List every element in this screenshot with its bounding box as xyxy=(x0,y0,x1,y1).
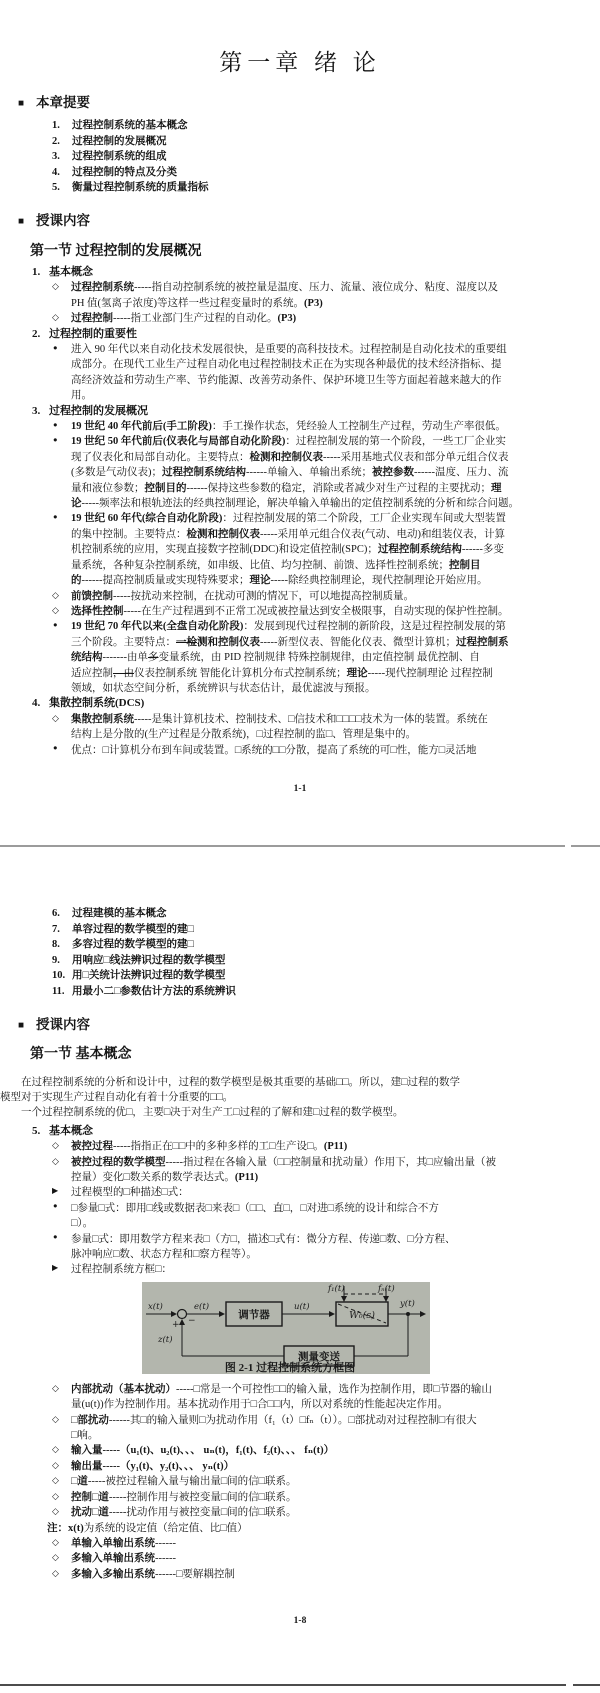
numbered-item: 8.多容过程的数学模型的建□ xyxy=(52,937,600,953)
diamond-bullet-icon: ◇ xyxy=(52,590,59,601)
bullet-item: ◇选择性控制-----在生产过程遇到不正常工况或被控量达到安全极限事，自动实现的… xyxy=(52,604,600,619)
text-line: 过程模型的□种描述□式： xyxy=(71,1185,600,1200)
text-run: ：手工操作状态，凭经验人工控制生产过程，劳动生产率很低。 xyxy=(212,421,506,432)
minus-sign: − xyxy=(188,1316,196,1326)
text-line: 量系统，各种复杂控制系统，如串级、比值、均匀控制、前馈、选择性控制系统；控制目 xyxy=(71,558,600,573)
page-1: 第一章 绪 论■本章提要1.过程控制系统的基本概念2.过程控制的发展概况3.过程… xyxy=(0,0,600,794)
numbered-item: 4.集散控制系统(DCS) xyxy=(32,696,600,711)
bullet-item: ●19 世纪 60 年代(综合自动化阶段)：过程控制发展的第二个阶段，工厂企业实… xyxy=(52,511,600,588)
square-bullet-icon: ■ xyxy=(18,216,24,227)
output-label: y(t) xyxy=(399,1298,415,1309)
text-run: ------多变 xyxy=(462,544,504,555)
text-run: □响。 xyxy=(71,1430,98,1441)
subsection-heading: 第一节 基本概念 xyxy=(30,1045,600,1065)
text-run: 过程控制系 xyxy=(456,637,509,648)
diamond-bullet-icon: ◇ xyxy=(52,1506,59,1517)
disturbance2-label: fₙ(t) xyxy=(377,1283,395,1294)
item-number: 11. xyxy=(52,984,72,1000)
text-line: PH 值(氢离子浓度)等这样一些过程变量时的系统。(P3) xyxy=(71,296,600,311)
item-number: 9. xyxy=(52,953,72,969)
text-run: -----指工业部门生产过程的自动化。 xyxy=(113,313,277,324)
item-number: 6. xyxy=(52,906,72,922)
numbered-item: 11.用最小二□参数估计方法的系统辨识 xyxy=(52,984,600,1000)
text-run: -----是集计算机技术、控制技术、□信技术和□□□□技术为一体的装置。系统在 xyxy=(134,714,488,725)
item-number: 2. xyxy=(52,134,72,150)
item-text: 多容过程的数学模型的建□ xyxy=(72,939,194,950)
text-run: -----按扰动来控制，在扰动可测的情况下，可以地提高控制质量。 xyxy=(113,591,414,602)
text-run: 过程控制系统结构 xyxy=(378,544,462,555)
text-run: 测和控制仪表 xyxy=(197,637,260,648)
error-label: e(t) xyxy=(194,1301,209,1312)
plus-sign: + xyxy=(172,1320,180,1330)
text-run: -----采用基地式仪表和部分单元组合仪表 xyxy=(323,452,508,463)
text-run: 领域，如状态空间分析，系统辨识与状态估计，最优滤波与预报。 xyxy=(71,683,376,694)
text-run: 变量系统，由 PID 控制规律 特殊控制规律，由定值控制 最优控制、自 xyxy=(158,652,479,663)
bullet-item: ◇前馈控制-----按扰动来控制，在扰动可测的情况下，可以地提高控制质量。 xyxy=(52,589,600,604)
setpoint-label: x(t) xyxy=(148,1301,163,1312)
item-text: 用□关统计法辨识过程的数学模型 xyxy=(72,970,225,981)
text-line: 量和液位参数；控制目的------保持这些参数的稳定，消除或者减少对生产过程的主… xyxy=(71,481,600,496)
item-text: 衡量过程控制系统的质量指标 xyxy=(72,182,209,193)
text-run: 量(u(t))作为控制作用。基本扰动作用于□合□□内，所以对系统的性能起决定作用… xyxy=(71,1399,448,1410)
text-run: 被控过程 xyxy=(71,1141,113,1152)
text-run: 仪表控制系统 智能化计算机分布式控制系统； xyxy=(134,668,347,679)
text-run: 论 xyxy=(71,498,82,509)
item-text: 过程控制系统的基本概念 xyxy=(72,120,188,131)
bullet-item: ●19 世纪 70 年代以来(全盘自动化阶段)：发展到现代过程控制的新阶段，这是… xyxy=(52,619,600,696)
bullet-item: ▶过程控制系统方框□： xyxy=(52,1262,600,1277)
text-line: 论-----频率法和根轨迹法的经典控制理论，解决单输入单输出的定值控制系统的分析… xyxy=(71,496,600,511)
text-run: 理论 xyxy=(249,575,270,586)
bullet-item: ●□参量□式：即用□线或数据表□来表□（□□、直□，□对进□系统的设计和综合不方… xyxy=(52,1201,600,1232)
text-run: 理 xyxy=(491,483,502,494)
text-line: 机控制系统的应用，实现直接数字控制(DDC)和设定值控制(SPC)；过程控制系统… xyxy=(71,542,600,557)
text-run: ------提高控制质量或实现特殊要求； xyxy=(82,575,250,586)
text-run: 控制目 xyxy=(449,560,481,571)
control-signal-label: u(t) xyxy=(294,1301,310,1312)
disturbance1-label: f₁(t) xyxy=(327,1283,345,1294)
text-line: 多输入多输出系统------□要解耦控制 xyxy=(71,1567,600,1582)
page-number: 1-1 xyxy=(0,784,600,794)
text-line: 适应控制，由仪表控制系统 智能化计算机分布式控制系统；理论-----现代控制理论… xyxy=(71,666,600,681)
text-run: 优点：□计算机分布到车间或装置。□系统的□□分散，提高了系统的可□性，能方□灵活… xyxy=(71,745,477,756)
text-run: 的 xyxy=(71,575,82,586)
item-text: 用响应□线法辨识过程的数学模型 xyxy=(72,955,225,966)
diamond-bullet-icon: ◇ xyxy=(52,1568,59,1579)
text-run: 过程控制系统方框□： xyxy=(71,1264,172,1275)
diamond-bullet-icon: ◇ xyxy=(52,1140,59,1151)
circle-bullet-icon: ● xyxy=(53,512,58,521)
paragraph: 一个过程控制系统的优□，主要□决于对生产工□过程的了解和建□过程的数学模型。 xyxy=(0,1105,600,1120)
text-run: 过程控制 xyxy=(71,313,113,324)
section-header: ■授课内容 xyxy=(18,211,600,231)
text-run: ------温度、压力、流 xyxy=(414,467,508,478)
bullet-item: ◇集散控制系统-----是集计算机技术、控制技术、□信技术和□□□□技术为一体的… xyxy=(52,712,600,743)
item-number: 5. xyxy=(32,1124,49,1139)
text-line: 前馈控制-----按扰动来控制，在扰动可测的情况下，可以地提高控制质量。 xyxy=(71,589,600,604)
text-run: 检测和控制仪表 xyxy=(250,452,324,463)
text-line: 19 世纪 60 年代(综合自动化阶段)：过程控制发展的第二个阶段，工厂企业实现… xyxy=(71,511,600,526)
text-run: -----指自动控制系统的被控量是温度、压力、流量、液位成分、粘度、湿度以及 xyxy=(134,282,498,293)
numbered-item: 2.过程控制的发展概况 xyxy=(52,134,600,150)
text-run: -----□常是一个可控性□□的输入量，选作为控制作用，即□节器的输山 xyxy=(176,1384,492,1395)
text-line: 模型对于实现生产过程自动化有着十分重要的□□。 xyxy=(0,1090,537,1105)
text-run: -----现代控制理论 过程控制 xyxy=(368,668,493,679)
text-run: -----控制作用与被控变量□间的信□联系。 xyxy=(109,1492,297,1503)
square-bullet-icon: ■ xyxy=(18,1020,24,1031)
text-run: -----指过程在各输入量（□□控制量和扰动量）作用下，其□应输出量（被 xyxy=(166,1157,497,1168)
text-run: 用。 xyxy=(71,390,92,401)
text-line: 扰动□道-----扰动作用与被控变量□间的信□联系。 xyxy=(71,1505,600,1520)
bullet-item: ◇多输入多输出系统------□要解耦控制 xyxy=(52,1567,600,1582)
item-text: 过程控制的发展概况 xyxy=(72,136,167,147)
text-line: □参量□式：即用□线或数据表□来表□（□□、直□，□对进□系统的设计和综合不方 xyxy=(71,1201,600,1216)
text-line: 进入 90 年代以来自动化技术发展很快，是重要的高科技技术。过程控制是自动化技术… xyxy=(71,342,600,357)
text-line: 领域，如状态空间分析，系统辨识与状态估计，最优滤波与预报。 xyxy=(71,681,600,696)
document: 第一章 绪 论■本章提要1.过程控制系统的基本概念2.过程控制的发展概况3.过程… xyxy=(0,0,600,1693)
text-line: 控量）变化□数关系的数学表达式。(P11) xyxy=(71,1170,600,1185)
text-line: 19 世纪 40 年代前后(手工阶段)：手工操作状态，凭经验人工控制生产过程，劳… xyxy=(71,419,600,434)
item-number: 10. xyxy=(52,968,72,984)
text-run: 单输入单输出系统 xyxy=(71,1538,155,1549)
text-run: 19 世纪 50 年代前后(仪表化与局部自动化阶段) xyxy=(71,436,285,447)
item-text: 过程建模的基本概念 xyxy=(72,908,167,919)
text-run: 机控制系统的应用，实现直接数字控制(DDC)和设定值控制(SPC)； xyxy=(71,544,378,555)
text-run: (P11) xyxy=(324,1141,347,1152)
text-run: 三个阶段。主要特点： xyxy=(71,637,176,648)
text-run: □部扰动 xyxy=(71,1415,109,1426)
text-run: 成部分。在现代工业生产过程自动化电过程控制技术正在为实现各种最优的技术经济指标、… xyxy=(71,359,502,370)
text-run: 多输入多输出系统 xyxy=(71,1569,155,1580)
section-header-label: 授课内容 xyxy=(36,1017,90,1032)
bullet-item: ◇输入量-----（u₁(t)、u₂(t)、、、 uₙ(t)，f₁(t)、f₂(… xyxy=(52,1443,600,1458)
bullet-item: ◇□部扰动------其□的输入量则□为扰动作用（f₁（t）□fₙ（t））。□部… xyxy=(52,1413,600,1444)
circle-bullet-icon: ● xyxy=(53,420,58,429)
item-number: 8. xyxy=(52,937,72,953)
circle-bullet-icon: ● xyxy=(53,620,58,629)
diamond-bullet-icon: ◇ xyxy=(52,1460,59,1471)
item-number: 3. xyxy=(52,149,72,165)
item-number: 2. xyxy=(32,327,49,342)
text-run: 控制□道 xyxy=(71,1492,109,1503)
item-number: 4. xyxy=(52,165,72,181)
item-text: 基本概念 xyxy=(49,1125,93,1137)
text-run: 19 世纪 40 年代前后(手工阶段) xyxy=(71,421,212,432)
text-run: ：过程控制发展的第一个阶段，一些工厂企业实 xyxy=(285,436,506,447)
item-number: 3. xyxy=(32,404,49,419)
numbered-item: 2.过程控制的重要性 xyxy=(32,327,600,342)
text-line: 选择性控制-----在生产过程遇到不正常工况或被控量达到安全极限事，自动实现的保… xyxy=(71,604,600,619)
numbered-item: 5.基本概念 xyxy=(32,1124,600,1139)
figure-block-diagram: x(t)e(t)调节器u(t)W₀(s)f₁(t)fₙ(t)y(t)z(t)测量… xyxy=(142,1282,430,1374)
page-separator-bottom-left xyxy=(0,1684,566,1686)
item-number: 5. xyxy=(52,180,72,196)
text-run: 过程控制系统 xyxy=(71,282,134,293)
text-run: 输出量 xyxy=(71,1461,103,1472)
text-run: 注：x(t) xyxy=(47,1523,84,1534)
text-line: □响。 xyxy=(71,1428,600,1443)
text-run: -----频率法和根轨迹法的经典控制理论，解决单输入单输出的定值控制系统的分析和… xyxy=(82,498,519,509)
text-line: 在过程控制系统的分析和设计中，过程的数学模型是极其重要的基础□□。所以，建□过程… xyxy=(0,1075,537,1090)
text-line: 输出量-----（y₁(t)、y₂(t)、、、 yₙ(t)） xyxy=(71,1459,600,1474)
text-line: □道-----被控过程输入量与输出量□间的信□联系。 xyxy=(71,1474,600,1489)
circle-bullet-icon: ● xyxy=(53,435,58,444)
text-line: 的集中控制。主要特点：检测和控制仪表-----采用单元组合仪表(气动、电动)和组… xyxy=(71,527,600,542)
page-number: 1-8 xyxy=(0,1616,600,1626)
text-line: 脉冲响应□数、状态方程和□察方程等）。 xyxy=(71,1247,600,1262)
bullet-item: ◇内部扰动（基本扰动）-----□常是一个可控性□□的输入量，选作为控制作用，即… xyxy=(52,1382,600,1413)
text-line: 结构上是分散的(生产过程是分散系统)，□过程控制的监□、管理是集中的。 xyxy=(71,727,600,742)
text-run: □）。 xyxy=(71,1218,93,1229)
text-run: (P3) xyxy=(277,313,296,324)
bullet-item: ●19 世纪 40 年代前后(手工阶段)：手工操作状态，凭经验人工控制生产过程，… xyxy=(52,419,600,434)
text-run: 过程模型的□种描述□式： xyxy=(71,1187,189,1198)
paragraph: 在过程控制系统的分析和设计中，过程的数学模型是极其重要的基础□□。所以，建□过程… xyxy=(0,1075,600,1106)
circle-bullet-icon: ● xyxy=(53,1201,58,1210)
text-run: 被控参数 xyxy=(372,467,414,478)
item-text: 集散控制系统(DCS) xyxy=(49,697,144,709)
item-text: 基本概念 xyxy=(49,266,93,278)
diamond-bullet-icon: ◇ xyxy=(52,1552,59,1563)
text-run: -----（u₁(t)、u₂(t)、、、 uₙ(t)，f₁(t)、f₂(t)、、… xyxy=(103,1445,335,1456)
text-line: 参量□式：即用数学方程来表□（方□，描述□式有：微分方程、传递□数、□分方程、 xyxy=(71,1232,600,1247)
text-line: 注：x(t)为系统的设定值（给定值、比□值） xyxy=(47,1521,600,1536)
text-run: 19 世纪 60 年代(综合自动化阶段) xyxy=(71,513,222,524)
text-run: 脉冲响应□数、状态方程和□察方程等）。 xyxy=(71,1249,257,1260)
bullet-item: ◇过程控制-----指工业部门生产过程的自动化。(P3) xyxy=(52,311,600,326)
numbered-item: 7.单容过程的数学模型的建□ xyxy=(52,922,600,938)
text-line: 被控过程的数学模型-----指过程在各输入量（□□控制量和扰动量）作用下，其□应… xyxy=(71,1155,600,1170)
text-run: 为系统的设定值（给定值、比□值） xyxy=(84,1523,248,1534)
text-run: 控量）变化□数关系的数学表达式。 xyxy=(71,1172,235,1183)
text-run: 控制目的 xyxy=(145,483,187,494)
text-run: 高经济效益和劳动生产率、节约能源、改善劳动条件、保护环境卫生等方面起着越来越大的… xyxy=(71,375,502,386)
feedback-label: z(t) xyxy=(157,1334,173,1345)
text-run: -----（y₁(t)、y₂(t)、、、 yₙ(t)） xyxy=(103,1461,235,1472)
text-line: 的------提高控制质量或实现特殊要求；理论-----除经典控制理论，现代控制… xyxy=(71,573,600,588)
text-line: 一个过程控制系统的优□，主要□决于对生产工□过程的了解和建□过程的数学模型。 xyxy=(0,1105,537,1120)
text-line: 输入量-----（u₁(t)、u₂(t)、、、 uₙ(t)，f₁(t)、f₂(t… xyxy=(71,1443,600,1458)
text-run: 19 世纪 70 年代以来(全盘自动化阶段) xyxy=(71,621,243,632)
circle-bullet-icon: ● xyxy=(53,1232,58,1241)
section-header: ■本章提要 xyxy=(18,93,600,113)
subsection-heading-text: 第一节 过程控制的发展概况 xyxy=(30,244,202,259)
item-text: 过程控制的特点及分类 xyxy=(72,167,177,178)
text-run: 被控过程的数学模型 xyxy=(71,1157,166,1168)
subsection-heading: 第一节 过程控制的发展概况 xyxy=(30,242,600,262)
note-line: 注：x(t)为系统的设定值（给定值、比□值） xyxy=(47,1521,600,1536)
numbered-item: 1.过程控制系统的基本概念 xyxy=(52,118,600,134)
numbered-item: 4.过程控制的特点及分类 xyxy=(52,165,600,181)
text-run: 现了仪表化和局部自动化。主要特点： xyxy=(71,452,250,463)
controller-box-label: 调节器 xyxy=(238,1308,270,1321)
text-line: 优点：□计算机分布到车间或装置。□系统的□□分散，提高了系统的可□性，能方□灵活… xyxy=(71,743,600,758)
text-line: 过程控制系统方框□： xyxy=(71,1262,600,1277)
bullet-item: ●进入 90 年代以来自动化技术发展很快，是重要的高科技技术。过程控制是自动化技… xyxy=(52,342,600,404)
bullet-item: ◇被控过程-----指指正在□□中的多种多样的工□生产设□。(P11) xyxy=(52,1139,600,1154)
diamond-bullet-icon: ◇ xyxy=(52,713,59,724)
text-run: 参量□式：即用数学方程来表□（方□，描述□式有：微分方程、传递□数、□分方程、 xyxy=(71,1234,456,1245)
text-run: 量系统，各种复杂控制系统，如串级、比值、均匀控制、前馈、选择性控制系统； xyxy=(71,560,449,571)
text-run: 检测和控制仪表 xyxy=(187,529,261,540)
bullet-item: ◇□道-----被控过程输入量与输出量□间的信□联系。 xyxy=(52,1474,600,1489)
numbered-item: 3.过程控制系统的组成 xyxy=(52,149,600,165)
numbered-item: 5.衡量过程控制系统的质量指标 xyxy=(52,180,600,196)
text-line: 高经济效益和劳动生产率、节约能源、改善劳动条件、保护环境卫生等方面起着越来越大的… xyxy=(71,373,600,388)
text-run: ，由 xyxy=(113,668,134,679)
item-text: 过程控制的重要性 xyxy=(49,328,137,340)
diamond-bullet-icon: ◇ xyxy=(52,1491,59,1502)
text-run: PH 值(氢离子浓度)等这样一些过程变量时的系统。 xyxy=(71,298,304,309)
diamond-bullet-icon: ◇ xyxy=(52,1414,59,1425)
text-run: ------ xyxy=(155,1538,176,1549)
arrow-bullet-icon: ▶ xyxy=(52,1186,58,1195)
diamond-bullet-icon: ◇ xyxy=(52,1537,59,1548)
page-separator-bottom-right xyxy=(573,1684,600,1686)
text-run: 前馈控制 xyxy=(71,591,113,602)
item-text: 过程控制的发展概况 xyxy=(49,405,148,417)
text-run: -----新型仪表、智能化仪表、微型计算机； xyxy=(260,637,456,648)
text-run: 统结构 xyxy=(71,652,103,663)
bullet-item: ●优点：□计算机分布到车间或装置。□系统的□□分散，提高了系统的可□性，能方□灵… xyxy=(52,743,600,758)
text-line: 量(u(t))作为控制作用。基本扰动作用于□合□□内，所以对系统的性能起决定作用… xyxy=(71,1397,600,1412)
text-run: 过程控制系统结构 xyxy=(162,467,246,478)
arrow-bullet-icon: ▶ xyxy=(52,1263,58,1272)
text-run: ------□要解耦控制 xyxy=(155,1569,235,1580)
item-number: 1. xyxy=(32,265,49,280)
text-line: □）。 xyxy=(71,1216,600,1231)
circle-bullet-icon: ● xyxy=(53,343,58,352)
text-run: 集散控制系统 xyxy=(71,714,134,725)
text-run: 的集中控制。主要特点： xyxy=(71,529,187,540)
text-run: 量和液位参数； xyxy=(71,483,145,494)
text-line: (多数是气动仪表)；过程控制系统结构------单输入、单输出系统；被控参数--… xyxy=(71,465,600,480)
diamond-bullet-icon: ◇ xyxy=(52,312,59,323)
figure-caption: 图 2-1 过程控制系统方框图 xyxy=(225,1360,355,1374)
text-run: 在过程控制系统的分析和设计中，过程的数学模型是极其重要的基础□□。所以，建□过程… xyxy=(21,1077,460,1088)
text-line: 单输入单输出系统------ xyxy=(71,1536,600,1551)
diamond-bullet-icon: ◇ xyxy=(52,1444,59,1455)
diamond-bullet-icon: ◇ xyxy=(52,1475,59,1486)
bullet-item: ◇控制□道-----控制作用与被控变量□间的信□联系。 xyxy=(52,1490,600,1505)
text-line: 19 世纪 70 年代以来(全盘自动化阶段)：发展到现代过程控制的新阶段，这是过… xyxy=(71,619,600,634)
numbered-item: 1.基本概念 xyxy=(32,265,600,280)
text-line: 多输入单输出系统------ xyxy=(71,1551,600,1566)
bullet-item: ◇扰动□道-----扰动作用与被控变量□间的信□联系。 xyxy=(52,1505,600,1520)
square-bullet-icon: ■ xyxy=(18,98,24,109)
text-run: 选择性控制 xyxy=(71,606,124,617)
diamond-bullet-icon: ◇ xyxy=(52,1156,59,1167)
text-run: ------单输入、单输出系统； xyxy=(246,467,372,478)
diamond-bullet-icon: ◇ xyxy=(52,605,59,616)
text-run: 进入 90 年代以来自动化技术发展很快，是重要的高科技技术。过程控制是自动化技术… xyxy=(71,344,507,355)
text-run: (多数是气动仪表)； xyxy=(71,467,162,478)
circle-bullet-icon: ● xyxy=(53,743,58,752)
text-run: 一个过程控制系统的优□，主要□决于对生产工□过程的了解和建□过程的数学模型。 xyxy=(21,1107,403,1118)
section-header-label: 本章提要 xyxy=(36,95,90,110)
numbered-item: 3.过程控制的发展概况 xyxy=(32,404,600,419)
text-line: 过程控制-----指工业部门生产过程的自动化。(P3) xyxy=(71,311,600,326)
diamond-bullet-icon: ◇ xyxy=(52,1383,59,1394)
bullet-item: ◇输出量-----（y₁(t)、y₂(t)、、、 yₙ(t)） xyxy=(52,1459,600,1474)
bullet-item: ●参量□式：即用数学方程来表□（方□，描述□式有：微分方程、传递□数、□分方程、… xyxy=(52,1232,600,1263)
item-text: 用最小二□参数估计方法的系统辨识 xyxy=(72,986,236,997)
bullet-item: ●19 世纪 50 年代前后(仪表化与局部自动化阶段)：过程控制发展的第一个阶段… xyxy=(52,434,600,511)
text-line: 用。 xyxy=(71,388,600,403)
text-run: 多 xyxy=(148,652,159,663)
item-text: 单容过程的数学模型的建□ xyxy=(72,924,194,935)
text-run: ：过程控制发展的第二个阶段，工厂企业实现车间或大型装置 xyxy=(222,513,506,524)
text-run: ------其□的输入量则□为扰动作用（f₁（t）□fₙ（t））。□部扰动对过程… xyxy=(109,1415,477,1426)
text-run: 结构上是分散的(生产过程是分散系统)，□过程控制的监□、管理是集中的。 xyxy=(71,729,416,740)
text-run: (P11) xyxy=(235,1172,258,1183)
section-header-label: 授课内容 xyxy=(36,213,90,228)
text-run: 理论 xyxy=(347,668,368,679)
text-line: 过程控制系统-----指自动控制系统的被控量是温度、压力、流量、液位成分、粘度、… xyxy=(71,280,600,295)
bullet-item: ▶过程模型的□种描述□式： xyxy=(52,1185,600,1200)
text-run: ：发展到现代过程控制的新阶段，这是过程控制发展的第 xyxy=(243,621,506,632)
item-number: 7. xyxy=(52,922,72,938)
text-run: -----除经典控制理论，现代控制理论开始应用。 xyxy=(270,575,487,586)
text-run: 输入量 xyxy=(71,1445,103,1456)
bullet-item: ◇被控过程的数学模型-----指过程在各输入量（□□控制量和扰动量）作用下，其□… xyxy=(52,1155,600,1186)
numbered-item: 10.用□关统计法辨识过程的数学模型 xyxy=(52,968,600,984)
text-line: 现了仪表化和局部自动化。主要特点：检测和控制仪表-----采用基地式仪表和部分单… xyxy=(71,450,600,465)
bullet-item: ◇单输入单输出系统------ xyxy=(52,1536,600,1551)
text-run: 适应控制 xyxy=(71,668,113,679)
text-line: 控制□道-----控制作用与被控变量□间的信□联系。 xyxy=(71,1490,600,1505)
numbered-item: 6.过程建模的基本概念 xyxy=(52,906,600,922)
item-number: 4. xyxy=(32,696,49,711)
numbered-item: 9.用响应□线法辨识过程的数学模型 xyxy=(52,953,600,969)
page-2: 6.过程建模的基本概念7.单容过程的数学模型的建□8.多容过程的数学模型的建□9… xyxy=(0,847,600,1626)
item-text: 过程控制系统的组成 xyxy=(72,151,167,162)
text-run: (P3) xyxy=(304,298,323,309)
text-run: -------由单 xyxy=(103,652,148,663)
text-run: -----被控过程输入量与输出量□间的信□联系。 xyxy=(88,1476,297,1487)
text-line: 三个阶段。主要特点：一检测和控制仪表-----新型仪表、智能化仪表、微型计算机；… xyxy=(71,635,600,650)
text-run: 模型对于实现生产过程自动化有着十分重要的□□。 xyxy=(0,1092,233,1103)
bullet-item: ◇过程控制系统-----指自动控制系统的被控量是温度、压力、流量、液位成分、粘度… xyxy=(52,280,600,311)
diamond-bullet-icon: ◇ xyxy=(52,281,59,292)
text-run: ------ xyxy=(155,1553,176,1564)
bullet-item: ◇多输入单输出系统------ xyxy=(52,1551,600,1566)
subsection-heading-text: 第一节 基本概念 xyxy=(30,1047,132,1062)
doc-title-text: 第一章 绪 论 xyxy=(219,50,381,75)
text-run: 内部扰动（基本扰动） xyxy=(71,1384,176,1395)
text-run: -----指指正在□□中的多种多样的工□生产设□。 xyxy=(113,1141,324,1152)
text-run: 扰动□道 xyxy=(71,1507,109,1518)
text-line: 成部分。在现代工业生产过程自动化电过程控制技术正在为实现各种最优的技术经济指标、… xyxy=(71,357,600,372)
text-run: 多输入单输出系统 xyxy=(71,1553,155,1564)
text-line: 19 世纪 50 年代前后(仪表化与局部自动化阶段)：过程控制发展的第一个阶段，… xyxy=(71,434,600,449)
item-number: 1. xyxy=(52,118,72,134)
text-run: -----采用单元组合仪表(气动、电动)和组装仪表，计算 xyxy=(260,529,505,540)
text-run: 一检 xyxy=(176,637,197,648)
text-run: -----扰动作用与被控变量□间的信□联系。 xyxy=(109,1507,297,1518)
text-run: □参量□式：即用□线或数据表□来表□（□□、直□，□对进□系统的设计和综合不方 xyxy=(71,1203,439,1214)
doc-title: 第一章 绪 论 xyxy=(0,48,600,78)
text-run: □道 xyxy=(71,1476,88,1487)
text-run: ------保持这些参数的稳定，消除或者减少对生产过程的主要扰动； xyxy=(187,483,491,494)
text-run: -----在生产过程遇到不正常工况或被控量达到安全极限事，自动实现的保护性控制。 xyxy=(124,606,509,617)
text-line: 内部扰动（基本扰动）-----□常是一个可控性□□的输入量，选作为控制作用，即□… xyxy=(71,1382,600,1397)
text-line: 被控过程-----指指正在□□中的多种多样的工□生产设□。(P11) xyxy=(71,1139,600,1154)
plant-box-label: W₀(s) xyxy=(349,1310,375,1321)
section-header: ■授课内容 xyxy=(18,1015,600,1035)
text-line: □部扰动------其□的输入量则□为扰动作用（f₁（t）□fₙ（t））。□部扰… xyxy=(71,1413,600,1428)
text-line: 统结构-------由单多变量系统，由 PID 控制规律 特殊控制规律，由定值控… xyxy=(71,650,600,665)
